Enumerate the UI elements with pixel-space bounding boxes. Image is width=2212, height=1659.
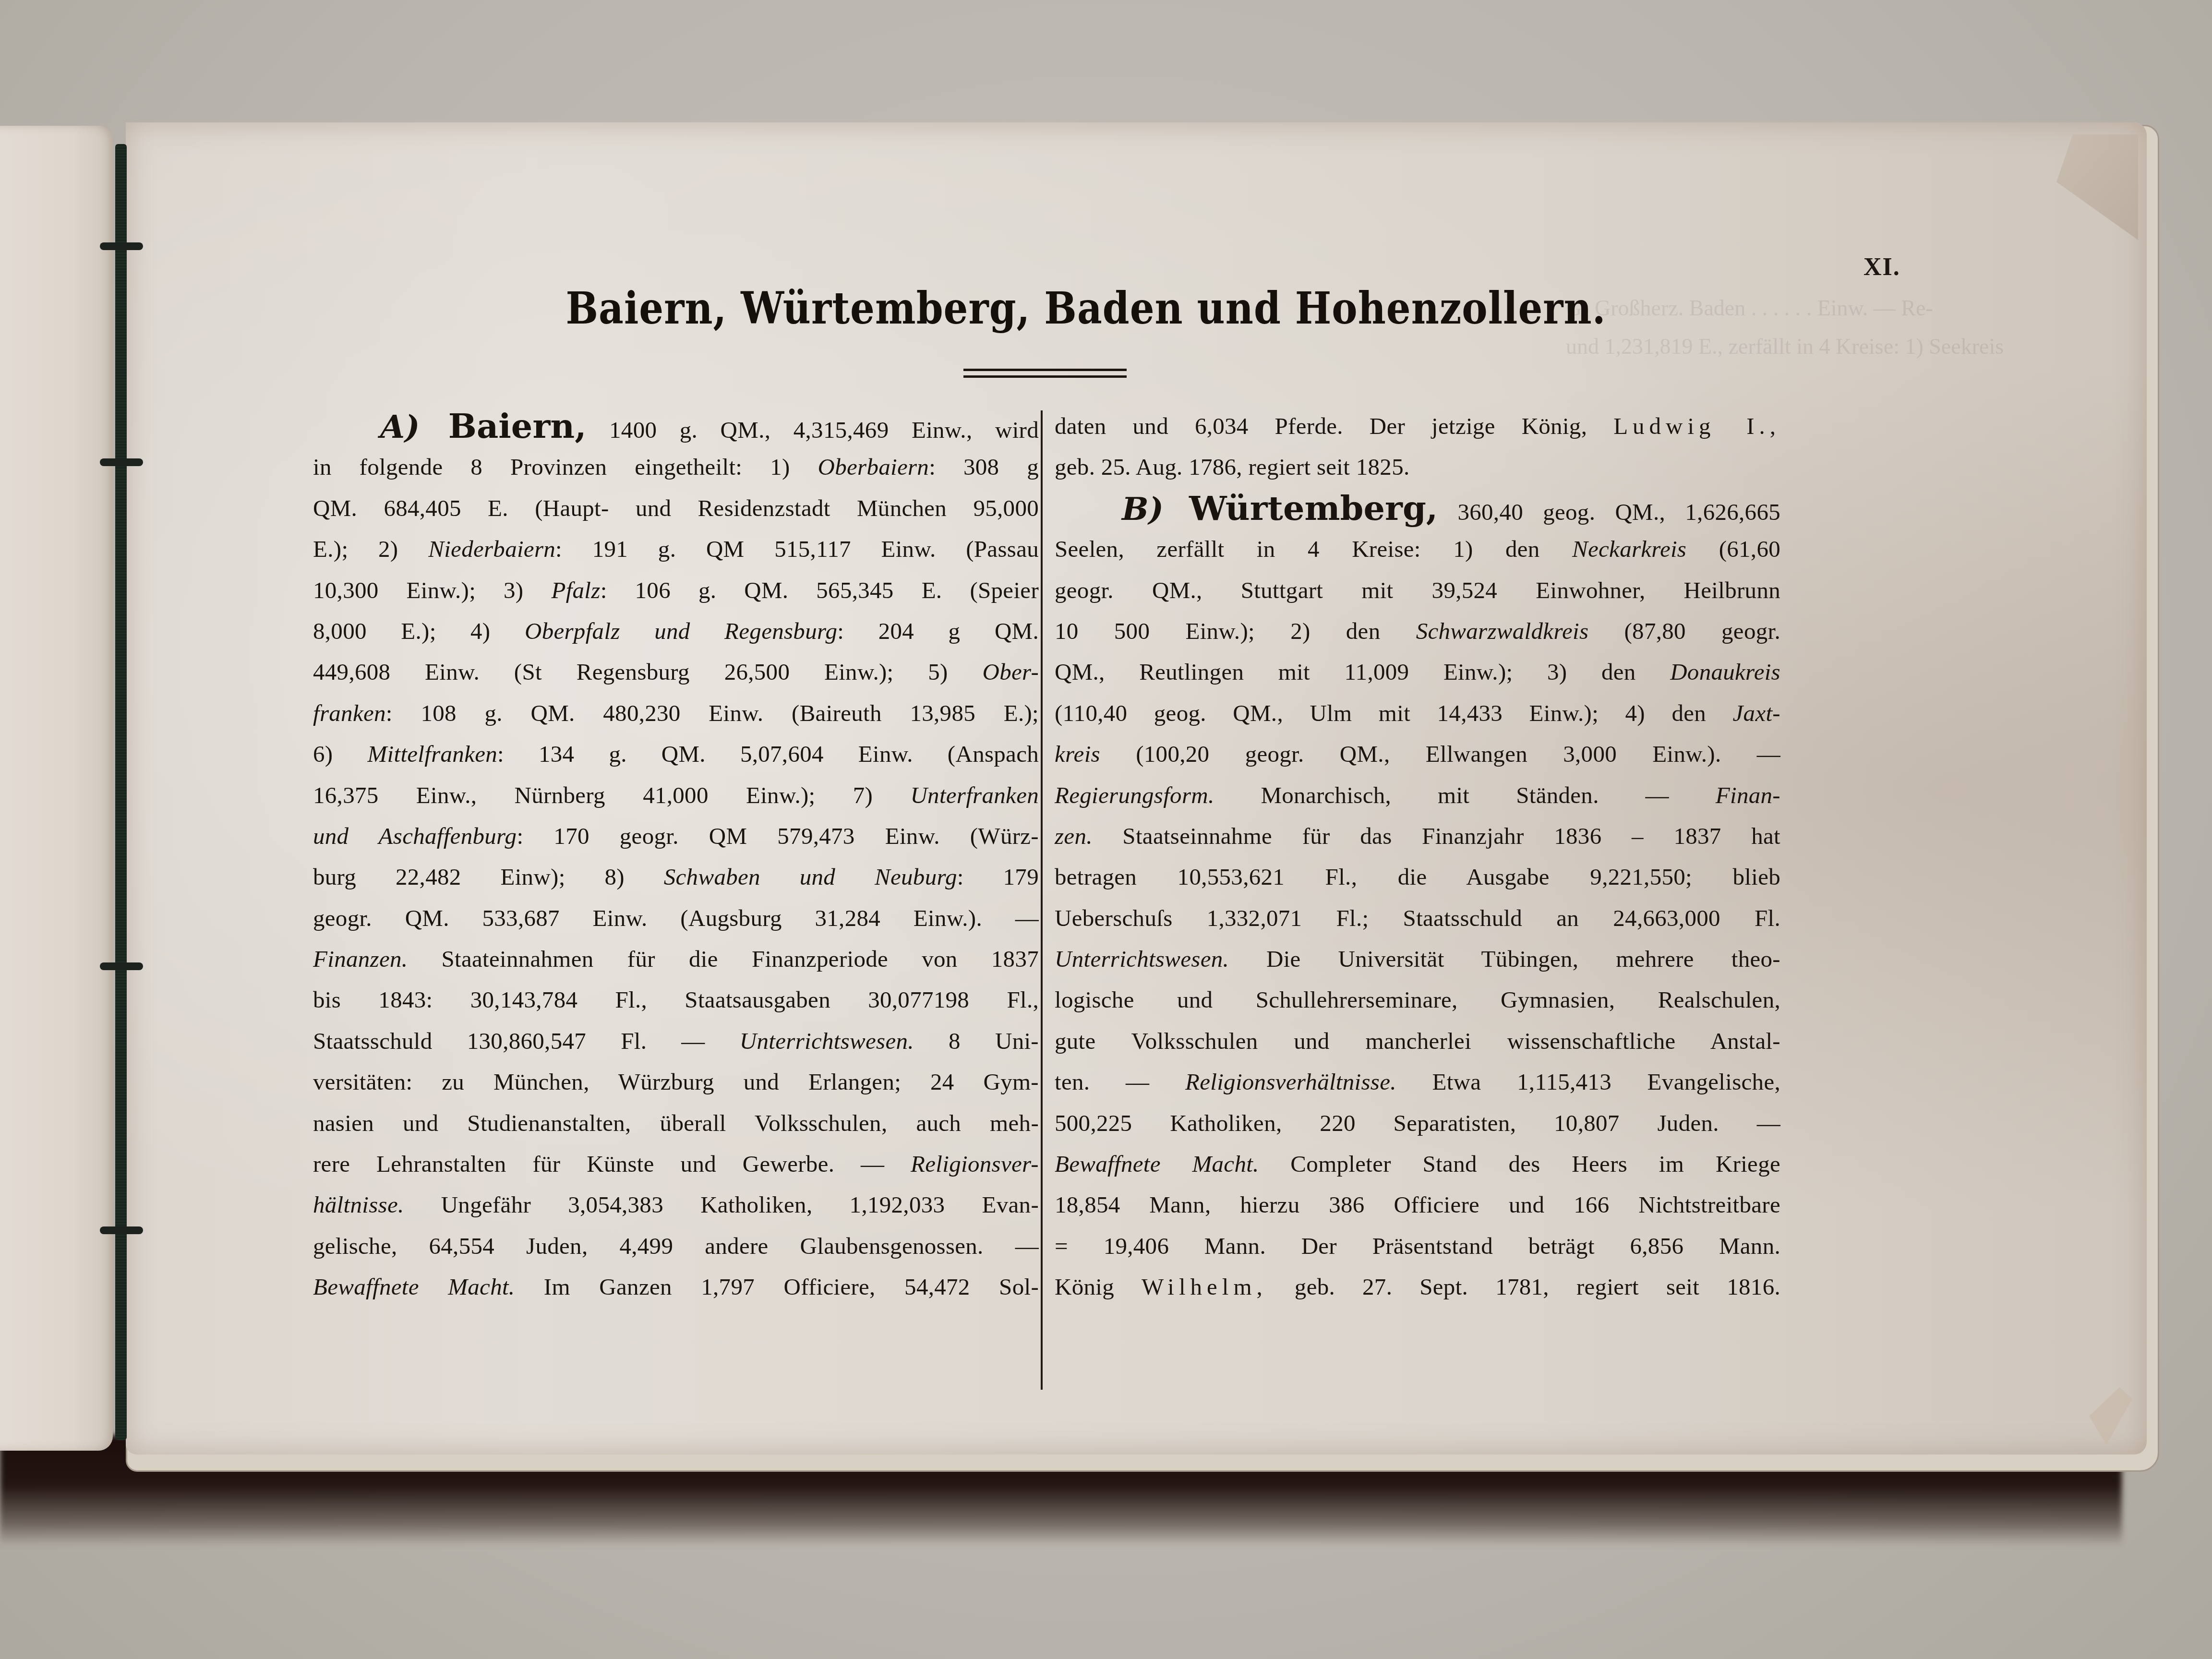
province-name: Unterfranken bbox=[910, 782, 1039, 808]
text-line: 18,854 Mann, hierzu 386 Officiere und 16… bbox=[1055, 1184, 1780, 1225]
text-line: 10 500 Einw.); 2) den Schwarzwaldkreis (… bbox=[1055, 611, 1780, 651]
text-span: König bbox=[1055, 1274, 1142, 1300]
text-line: geogr. QM. 533,687 Einw. (Augsburg 31,28… bbox=[313, 898, 1039, 938]
text-line: 10,300 Einw.); 3) Pfalz: 106 g. QM. 565,… bbox=[313, 570, 1039, 611]
text-span: 18,854 Mann, hierzu 386 Officiere und 16… bbox=[1055, 1191, 1780, 1218]
section-name: Baiern, bbox=[448, 406, 587, 446]
text-line: gute Volksschulen und mancherlei wissens… bbox=[1055, 1021, 1780, 1061]
text-line: König Wilhelm, geb. 27. Sept. 1781, regi… bbox=[1055, 1266, 1780, 1307]
binding-stitch bbox=[100, 1226, 143, 1234]
text-line: bis 1843: 30,143,784 Fl., Staatsausgaben… bbox=[313, 979, 1039, 1020]
district-name: Jaxt- bbox=[1733, 700, 1780, 726]
column-wuertemberg: daten und 6,034 Pferde. Der jetzige Köni… bbox=[1055, 406, 1780, 1308]
text-span: 449,608 Einw. (St Regensburg 26,500 Einw… bbox=[313, 659, 982, 685]
text-span: Staateinnahmen für die Finanzperiode von… bbox=[408, 946, 1039, 972]
text-span: Die Universität Tübingen, mehrere theo- bbox=[1229, 946, 1780, 972]
text-span: logische und Schullehrerseminare, Gymnas… bbox=[1055, 986, 1780, 1013]
text-line: Staatsschuld 130,860,547 Fl. — Unterrich… bbox=[313, 1021, 1039, 1061]
province-name: Schwaben und Neuburg bbox=[664, 864, 957, 890]
text-line: 449,608 Einw. (St Regensburg 26,500 Einw… bbox=[313, 651, 1039, 692]
text-line: geb. 25. Aug. 1786, regiert seit 1825. bbox=[1055, 446, 1780, 487]
text-span: Staatsschuld 130,860,547 Fl. — bbox=[313, 1028, 740, 1054]
text-line: 16,375 Einw., Nürnberg 41,000 Einw.); 7)… bbox=[313, 775, 1039, 816]
subheading-finanzen: Finanzen. bbox=[313, 946, 408, 972]
text-span: geb. 27. Sept. 1781, regiert seit 1816. bbox=[1267, 1274, 1780, 1300]
section-heading-baiern: A) Baiern, bbox=[380, 406, 587, 446]
text-span: : 204 g QM. bbox=[837, 618, 1039, 644]
text-span: (100,20 geogr. QM., Ellwangen 3,000 Einw… bbox=[1100, 741, 1780, 767]
text-line: betragen 10,553,621 Fl., die Ausgabe 9,2… bbox=[1055, 856, 1780, 897]
text-span: rere Lehranstalten für Künste und Gewerb… bbox=[313, 1151, 911, 1177]
text-span: 360,40 geog. QM., 1,626,665 bbox=[1457, 499, 1780, 525]
text-line: 6) Mittelfranken: 134 g. QM. 5,07,604 Ei… bbox=[313, 733, 1039, 774]
text-line: in folgende 8 Provinzen eingetheilt: 1) … bbox=[313, 446, 1039, 487]
subheading-unterrichtswesen: Unterrichtswesen. bbox=[740, 1028, 914, 1054]
bleed-through-text: und 1,231,819 E., zerfällt in 4 Kreise: … bbox=[1566, 334, 2004, 359]
text-span: 16,375 Einw., Nürnberg 41,000 Einw.); 7) bbox=[313, 782, 910, 808]
text-span: in folgende 8 Provinzen eingetheilt: 1) bbox=[313, 454, 817, 480]
province-name: Ober- bbox=[982, 659, 1039, 685]
text-span: geb. 25. Aug. 1786, regiert seit 1825. bbox=[1055, 454, 1410, 480]
district-name: Donaukreis bbox=[1670, 659, 1780, 685]
province-name: Niederbaiern bbox=[428, 536, 555, 562]
text-line: Finanzen. Staateinnahmen für die Finanzp… bbox=[313, 938, 1039, 979]
text-span: 8 Uni- bbox=[914, 1028, 1039, 1054]
text-span: betragen 10,553,621 Fl., die Ausgabe 9,2… bbox=[1055, 864, 1780, 890]
subheading-religion: Religionsverhältnisse. bbox=[1185, 1069, 1396, 1095]
folded-corner-top bbox=[2056, 134, 2138, 240]
text-span: Im Ganzen 1,797 Officiere, 54,472 Sol- bbox=[515, 1274, 1039, 1300]
text-line: geogr. QM., Stuttgart mit 39,524 Einwohn… bbox=[1055, 570, 1780, 611]
province-name: Oberpfalz und Regensburg bbox=[525, 618, 837, 644]
text-span: (110,40 geog. QM., Ulm mit 14,433 Einw.)… bbox=[1055, 700, 1733, 726]
book-binding-spine bbox=[115, 144, 127, 1440]
title-rule bbox=[963, 375, 1127, 378]
province-name: Oberbaiern bbox=[817, 454, 929, 480]
text-span: Monarchisch, mit Ständen. — bbox=[1214, 782, 1716, 808]
text-span: burg 22,482 Einw); 8) bbox=[313, 864, 664, 890]
text-line: nasien und Studienanstalten, überall Vol… bbox=[313, 1103, 1039, 1143]
section-letter: A) bbox=[380, 408, 420, 445]
text-line: (110,40 geog. QM., Ulm mit 14,433 Einw.)… bbox=[1055, 693, 1780, 733]
text-line: burg 22,482 Einw); 8) Schwaben und Neubu… bbox=[313, 856, 1039, 897]
text-span: : 170 geogr. QM 579,473 Einw. (Würz- bbox=[517, 823, 1039, 849]
column-divider bbox=[1041, 410, 1043, 1390]
text-span: Etwa 1,115,413 Evangelische, bbox=[1396, 1069, 1780, 1095]
text-span: geogr. QM. 533,687 Einw. (Augsburg 31,28… bbox=[313, 905, 1039, 931]
province-name: franken bbox=[313, 700, 386, 726]
text-line: kreis (100,20 geogr. QM., Ellwangen 3,00… bbox=[1055, 733, 1780, 774]
text-line: Ueberschuſs 1,332,071 Fl.; Staatsschuld … bbox=[1055, 898, 1780, 938]
text-span: geogr. QM., Stuttgart mit 39,524 Einwohn… bbox=[1055, 577, 1780, 603]
text-span: E.); 2) bbox=[313, 536, 428, 562]
text-line: Regierungsform. Monarchisch, mit Ständen… bbox=[1055, 775, 1780, 816]
subheading-religion: Religionsver- bbox=[911, 1151, 1039, 1177]
book-page: G) Großherz. Baden . . . . . . Einw. — R… bbox=[126, 122, 2147, 1455]
text-line: QM. 684,405 E. (Haupt- und Residenzstadt… bbox=[313, 488, 1039, 529]
text-line: E.); 2) Niederbaiern: 191 g. QM 515,117 … bbox=[313, 529, 1039, 569]
text-line: franken: 108 g. QM. 480,230 Einw. (Baire… bbox=[313, 693, 1039, 733]
text-line: A) Baiern, 1400 g. QM., 4,315,469 Einw.,… bbox=[313, 406, 1039, 446]
previous-page-edge bbox=[0, 126, 113, 1451]
text-line: hältnisse. Ungefähr 3,054,383 Katholiken… bbox=[313, 1184, 1039, 1225]
king-name-ludwig: Ludwig I., bbox=[1613, 413, 1780, 439]
text-line: Bewaffnete Macht. Im Ganzen 1,797 Offici… bbox=[313, 1266, 1039, 1307]
text-line: 500,225 Katholiken, 220 Separatisten, 10… bbox=[1055, 1103, 1780, 1143]
text-line: logische und Schullehrerseminare, Gymnas… bbox=[1055, 979, 1780, 1020]
section-letter: B) bbox=[1122, 490, 1164, 528]
text-span: : 191 g. QM 515,117 Einw. (Passau bbox=[555, 536, 1039, 562]
text-span: Completer Stand des Heers im Kriege bbox=[1259, 1151, 1780, 1177]
page-title: Baiern, Würtemberg, Baden und Hohenzolle… bbox=[126, 282, 2046, 334]
text-span: Ungefähr 3,054,383 Katholiken, 1,192,033… bbox=[404, 1191, 1039, 1218]
binding-stitch bbox=[100, 242, 143, 250]
text-line: zen. Staatseinnahme für das Finanzjahr 1… bbox=[1055, 816, 1780, 856]
text-span: ten. — bbox=[1055, 1069, 1185, 1095]
subheading-finanzen: zen. bbox=[1055, 823, 1093, 849]
binding-stitch bbox=[100, 962, 143, 970]
text-line: und Aschaffenburg: 170 geogr. QM 579,473… bbox=[313, 816, 1039, 856]
district-name: kreis bbox=[1055, 741, 1100, 767]
text-line: rere Lehranstalten für Künste und Gewerb… bbox=[313, 1143, 1039, 1184]
subheading-regierungsform: Regierungsform. bbox=[1055, 782, 1214, 808]
section-heading-wuertemberg: B) Würtemberg, bbox=[1122, 488, 1438, 528]
text-span: daten und 6,034 Pferde. Der jetzige Köni… bbox=[1055, 413, 1613, 439]
text-span: gelische, 64,554 Juden, 4,499 andere Gla… bbox=[313, 1233, 1039, 1259]
subheading-finanzen: Finan- bbox=[1716, 782, 1780, 808]
text-span: : 179 bbox=[957, 864, 1039, 890]
province-name: Mittelfranken bbox=[367, 741, 497, 767]
text-span: = 19,406 Mann. Der Präsentstand beträgt … bbox=[1055, 1233, 1780, 1259]
text-span: Staatseinnahme für das Finanzjahr 1836 –… bbox=[1093, 823, 1780, 849]
subheading-military: Bewaffnete Macht. bbox=[1055, 1151, 1259, 1177]
text-span: : 134 g. QM. 5,07,604 Einw. (Anspach bbox=[497, 741, 1039, 767]
text-span: Ueberschuſs 1,332,071 Fl.; Staatsschuld … bbox=[1055, 905, 1780, 931]
text-line: Unterrichtswesen. Die Universität Tübing… bbox=[1055, 938, 1780, 979]
text-span: versitäten: zu München, Würzburg und Erl… bbox=[313, 1069, 1039, 1095]
text-span: nasien und Studienanstalten, überall Vol… bbox=[313, 1110, 1039, 1136]
province-name: Pfalz bbox=[551, 577, 600, 603]
text-line: versitäten: zu München, Würzburg und Erl… bbox=[313, 1061, 1039, 1102]
text-span: 1400 g. QM., 4,315,469 Einw., wird bbox=[609, 417, 1039, 443]
title-rule bbox=[963, 369, 1127, 371]
binding-stitch bbox=[100, 458, 143, 466]
folded-corner-bottom bbox=[2089, 1387, 2132, 1445]
text-line: ten. — Religionsverhältnisse. Etwa 1,115… bbox=[1055, 1061, 1780, 1102]
text-span: : 308 g bbox=[929, 454, 1039, 480]
text-span: gute Volksschulen und mancherlei wissens… bbox=[1055, 1028, 1780, 1054]
text-span: : 106 g. QM. 565,345 E. (Speier bbox=[601, 577, 1039, 603]
column-baiern: A) Baiern, 1400 g. QM., 4,315,469 Einw.,… bbox=[313, 406, 1039, 1308]
text-line: Bewaffnete Macht. Completer Stand des He… bbox=[1055, 1143, 1780, 1184]
text-span: bis 1843: 30,143,784 Fl., Staatsausgaben… bbox=[313, 986, 1039, 1013]
text-span: 6) bbox=[313, 741, 367, 767]
text-span: Seelen, zerfällt in 4 Kreise: 1) den bbox=[1055, 536, 1572, 562]
district-name: Schwarzwaldkreis bbox=[1416, 618, 1589, 644]
subheading-religion: hältnisse. bbox=[313, 1191, 404, 1218]
text-line: QM., Reutlingen mit 11,009 Einw.); 3) de… bbox=[1055, 651, 1780, 692]
text-line: Seelen, zerfällt in 4 Kreise: 1) den Nec… bbox=[1055, 529, 1780, 569]
text-span: 8,000 E.); 4) bbox=[313, 618, 525, 644]
text-span: QM. 684,405 E. (Haupt- und Residenzstadt… bbox=[313, 495, 1039, 521]
province-name: und Aschaffenburg bbox=[313, 823, 517, 849]
text-span: : 108 g. QM. 480,230 Einw. (Baireuth 13,… bbox=[386, 700, 1039, 726]
subheading-military: Bewaffnete Macht. bbox=[313, 1274, 515, 1300]
section-name: Würtemberg, bbox=[1189, 488, 1438, 528]
king-name-wilhelm: Wilhelm, bbox=[1142, 1274, 1267, 1300]
district-name: Neckarkreis bbox=[1572, 536, 1686, 562]
text-span: QM., Reutlingen mit 11,009 Einw.); 3) de… bbox=[1055, 659, 1670, 685]
text-span: (61,60 bbox=[1686, 536, 1780, 562]
text-span: 10 500 Einw.); 2) den bbox=[1055, 618, 1416, 644]
text-line: daten und 6,034 Pferde. Der jetzige Köni… bbox=[1055, 406, 1780, 446]
page-number: XI. bbox=[1863, 253, 1900, 281]
text-line: gelische, 64,554 Juden, 4,499 andere Gla… bbox=[313, 1226, 1039, 1266]
subheading-unterrichtswesen: Unterrichtswesen. bbox=[1055, 946, 1229, 972]
text-span: 10,300 Einw.); 3) bbox=[313, 577, 551, 603]
text-span: (87,80 geogr. bbox=[1588, 618, 1780, 644]
text-span: 500,225 Katholiken, 220 Separatisten, 10… bbox=[1055, 1110, 1780, 1136]
text-line: 8,000 E.); 4) Oberpfalz und Regensburg: … bbox=[313, 611, 1039, 651]
text-line: = 19,406 Mann. Der Präsentstand beträgt … bbox=[1055, 1226, 1780, 1266]
text-line: B) Würtemberg, 360,40 geog. QM., 1,626,6… bbox=[1055, 488, 1780, 529]
